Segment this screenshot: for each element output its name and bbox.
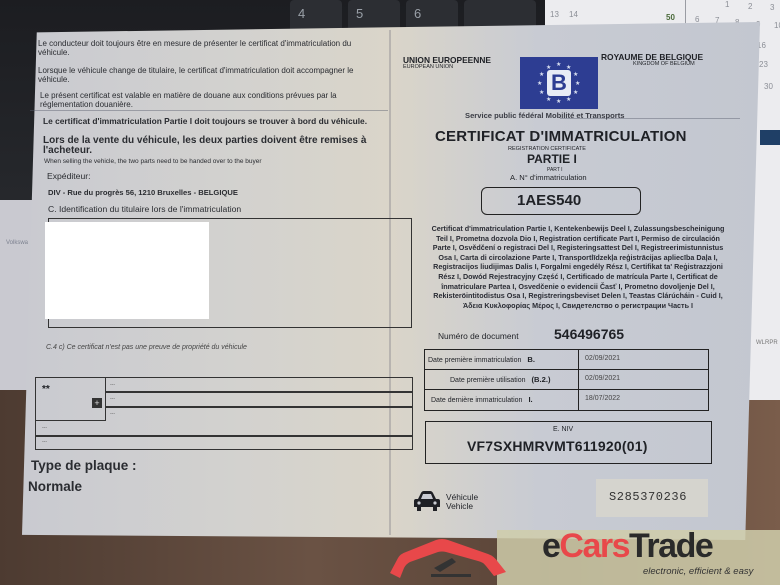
- country-code: B: [547, 70, 571, 96]
- grid-dots: ---: [110, 382, 115, 388]
- date-label-text: Date dernière immatriculation: [431, 397, 522, 404]
- calendar-date: 6: [695, 15, 699, 24]
- vin-label: E. NIV: [553, 426, 573, 433]
- key-label: 5: [356, 6, 363, 21]
- date-label: Date dernière immatriculationI.: [431, 395, 533, 404]
- plus-icon: +: [92, 398, 102, 408]
- notice-customs: Le présent certificat est valable en mat…: [40, 91, 376, 109]
- notice-sale-en: When selling the vehicle, the two parts …: [44, 157, 374, 166]
- key-label: 6: [414, 6, 421, 21]
- document-number: 546496765: [554, 326, 624, 342]
- vin-number: VF7SXHMRVMT611920(01): [467, 438, 648, 454]
- table-row: Date première utilisation(B.2.) 02/09/20…: [425, 370, 708, 390]
- date-code: (B.2.): [531, 375, 550, 384]
- document-number-label: Numéro de document: [438, 331, 519, 341]
- plate-number: 1AES540: [517, 192, 581, 209]
- date-label: Date première utilisation(B.2.): [450, 375, 550, 384]
- monitor-text: WLRPR: [756, 340, 778, 346]
- grid-dots: ---: [42, 439, 47, 445]
- monitor-text: Volkswa: [6, 240, 28, 246]
- calendar-date: 10: [774, 21, 780, 30]
- brand-trade: Trade: [629, 527, 712, 565]
- calendar-week: 50: [666, 13, 675, 22]
- date-label-text: Date première utilisation: [450, 377, 525, 384]
- ecarstrade-tagline: electronic, efficient & easy: [643, 566, 753, 577]
- notice-sale: Lors de la vente du véhicule, les deux p…: [43, 136, 373, 156]
- grid-line: [36, 435, 412, 437]
- ownership-note: C.4 c) Ce certificat n'est pas une preuv…: [46, 343, 247, 352]
- plate-type-label: Type de plaque :: [31, 458, 137, 473]
- date-value: 18/07/2022: [585, 395, 620, 402]
- part-label: PARTIE I: [527, 152, 577, 166]
- kingdom-label-en: KINGDOM OF BELGIUM: [633, 61, 695, 67]
- calendar-date: 3: [770, 3, 774, 12]
- redacted-holder-info: [45, 222, 209, 319]
- calendar-date: 23: [759, 60, 768, 69]
- grid-dots: ---: [42, 425, 47, 431]
- notice-part1-onboard: Le certificat d'immatriculation Partie I…: [43, 117, 373, 126]
- plate-number-label: A. N° d'immatriculation: [510, 173, 587, 182]
- date-code: I.: [528, 395, 532, 404]
- grid-line: [106, 406, 412, 408]
- calendar-bar: [760, 130, 780, 145]
- grid-cell-main: ** +: [36, 378, 106, 421]
- date-label-text: Date première immatriculation: [428, 357, 521, 364]
- grid-dots: ---: [110, 411, 115, 417]
- date-code: B.: [527, 355, 535, 364]
- calendar-date: 14: [569, 10, 578, 19]
- certificate-title: CERTIFICAT D'IMMATRICULATION: [435, 128, 687, 145]
- separator: [30, 110, 388, 111]
- serial-number: S285370236: [609, 490, 687, 504]
- registration-dates-table: Date première immatriculationB. 02/09/20…: [424, 349, 709, 411]
- brand-cars: Cars: [559, 527, 629, 565]
- eu-label-en: EUROPEAN UNION: [403, 64, 453, 70]
- notice-driver: Le conducteur doit toujours être en mesu…: [38, 39, 378, 57]
- grid-stars: **: [42, 384, 50, 395]
- multilingual-title-list: Certificat d'immatriculation Partie I, K…: [428, 224, 728, 310]
- table-row: Date première immatriculationB. 02/09/20…: [425, 350, 708, 370]
- car-icon: [413, 490, 441, 512]
- eu-belgium-flag-icon: ★ ★ ★ ★ ★ ★ ★ ★ ★ ★ ★ ★ B: [520, 57, 598, 109]
- grid-line: [106, 391, 412, 393]
- grid-dots: ---: [110, 396, 115, 402]
- calendar-date: 30: [764, 82, 773, 91]
- vehicle-label-en: Vehicle: [446, 501, 473, 511]
- plate-type-value: Normale: [28, 479, 82, 494]
- calendar-date: 2: [748, 2, 752, 11]
- brand-e: e: [542, 527, 559, 565]
- notice-owner-change: Lorsque le véhicule change de titulaire,…: [38, 66, 378, 84]
- holder-grid: ** + --- --- --- --- ---: [35, 377, 413, 450]
- table-row: Date dernière immatriculationI. 18/07/20…: [425, 390, 708, 410]
- key-label: 4: [298, 6, 305, 21]
- date-label: Date première immatriculationB.: [428, 355, 535, 364]
- date-value: 02/09/2021: [585, 355, 620, 362]
- sender-address: DIV - Rue du progrès 56, 1210 Bruxelles …: [48, 188, 238, 197]
- date-value: 02/09/2021: [585, 375, 620, 382]
- ecarstrade-logo-icon: [386, 528, 536, 585]
- calendar-date: 13: [550, 10, 559, 19]
- sender-label: Expéditeur:: [47, 172, 90, 181]
- calendar-date: 1: [725, 0, 729, 9]
- holder-section-title: C. Identification du titulaire lors de l…: [48, 205, 241, 214]
- ecarstrade-wordmark: eCarsTrade: [542, 528, 712, 564]
- separator: [560, 118, 740, 119]
